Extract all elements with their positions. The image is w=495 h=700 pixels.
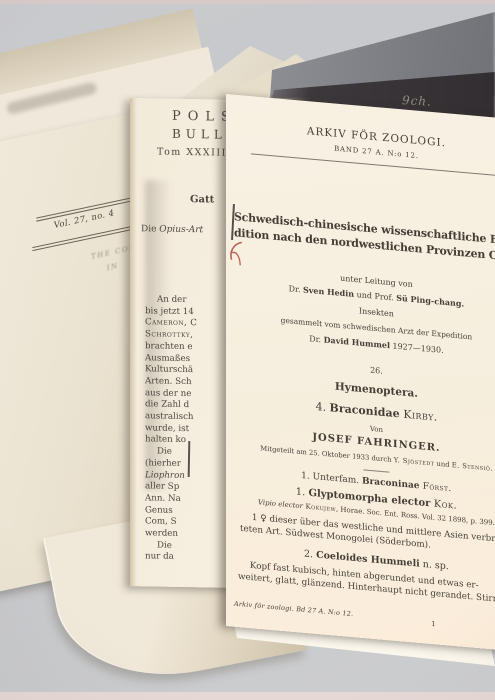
scan-edge-tint-bottom [0, 692, 495, 700]
scan-edge-tint-top [0, 0, 495, 4]
heading-fragment: Gatt [190, 194, 214, 205]
deckle-edge [130, 98, 137, 586]
photo-of-stacked-offprints: Vol. 27, no. 4 THE COMM IN POLSKIE BULLE… [0, 0, 495, 700]
page-number: 1 [431, 620, 435, 628]
subheading-fragment: Die Opius-Art [141, 224, 203, 235]
faint-title-line-2: IN [107, 261, 119, 272]
red-pencil-mark [227, 239, 245, 268]
volume-line: Tom XXXIII [157, 146, 227, 158]
expedition-title: Schwedisch-chinesische wissenschaftliche… [234, 209, 495, 266]
arkiv-zoologi-page: ARKIV FÖR ZOOLOGI. BAND 27 A. N:o 12. Sc… [226, 94, 495, 653]
footer-signature: Arkiv för zoologi. Bd 27 A. N:o 12. [234, 600, 353, 618]
section-divider-rule [363, 469, 389, 472]
